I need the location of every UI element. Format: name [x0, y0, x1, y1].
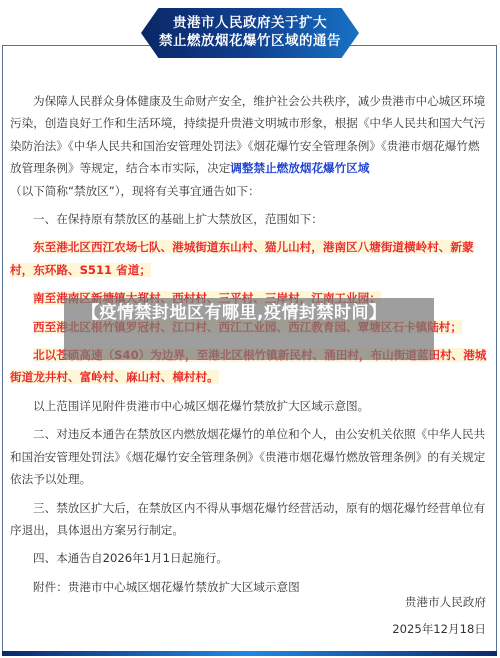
section-one-heading: 一、在保持原有禁放区的基础上扩大禁放区，范围如下：	[10, 208, 488, 230]
caption-text: 【疫情禁封地区有哪里,疫情封禁时间】	[82, 300, 432, 326]
boundary-east-text: 东至港北区西江农场七队、港城街道东山村、猫儿山村，港南区八塘街道横岭村、新蒙村，…	[10, 240, 474, 276]
section-two: 二、对违反本通告在禁放区内燃放烟花爆竹的单位和个人，由公安机关依照《中华人民共和…	[10, 423, 488, 490]
section-four: 四、本通告自2026年1月1日起施行。	[10, 547, 488, 569]
boundary-east: 东至港北区西江农场七队、港城街道东山村、猫儿山村，港南区八塘街道横岭村、新蒙村，…	[10, 236, 488, 281]
bottom-accent-bar	[2, 651, 497, 656]
intro-paragraph: 为保障人民群众身体健康及生命财产安全，维护社会公共秩序，减少贵港市中心城区环境污…	[10, 90, 488, 202]
title-banner: 贵港市人民政府关于扩大 禁止燃放烟花爆竹区域的通告	[141, 8, 359, 58]
issuer-name: 贵港市人民政府	[405, 594, 486, 610]
intro-text-tail: （以下简称“禁放区”），现将有关事宜通告如下：	[10, 184, 260, 198]
adjust-zone-link: 调整禁止燃放烟花爆竹区域	[230, 161, 369, 175]
title-line-2: 禁止燃放烟花爆竹区域的通告	[141, 32, 359, 50]
issue-date: 2025年12月18日	[392, 621, 486, 637]
title-line-1: 贵港市人民政府关于扩大	[141, 14, 359, 32]
scope-note: 以上范围详见附件贵港市中心城区烟花爆竹禁放扩大区域示意图。	[10, 395, 488, 417]
section-three: 三、禁放区扩大后，在禁放区内不得从事烟花爆竹经营活动，原有的烟花爆竹经营单位有序…	[10, 497, 488, 542]
